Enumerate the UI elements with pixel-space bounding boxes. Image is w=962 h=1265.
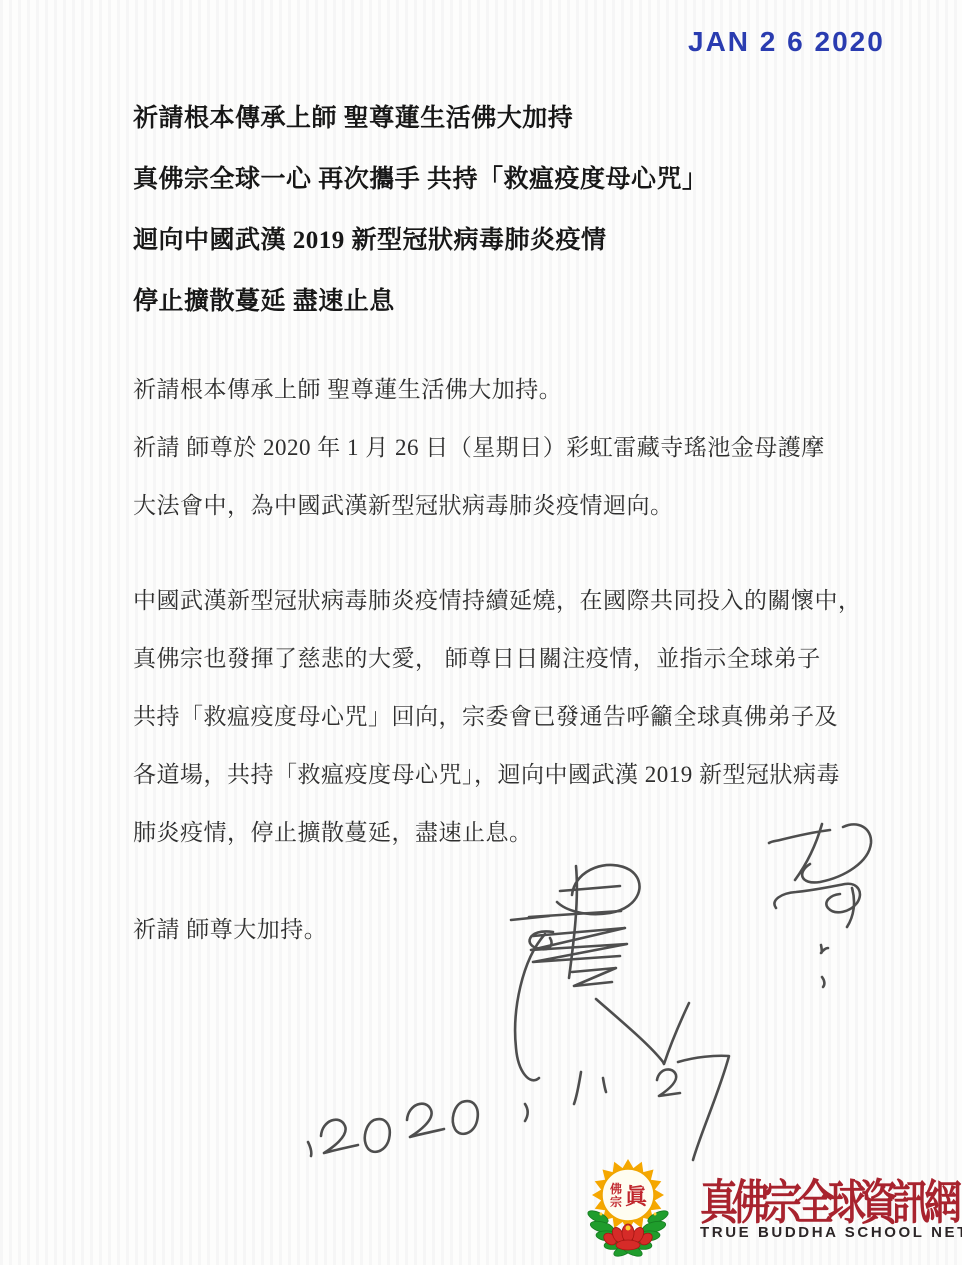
body-line: 各道場，共持「救瘟疫度母心咒」，迴向中國武漢 2019 新型冠狀病毒 (133, 763, 840, 786)
seal-char: 佛 (609, 1181, 622, 1196)
body-line: 共持「救瘟疫度母心咒」回向，宗委會已發通告呼籲全球真佛弟子及 (133, 705, 838, 728)
body-line: 大法會中，為中國武漢新型冠狀病毒肺炎疫情迴向。 (133, 494, 674, 517)
master-signature (511, 865, 689, 1080)
body-line: 真佛宗也發揮了慈悲的大愛， 師尊日日關注疫情，並指示全球弟子 (133, 647, 821, 670)
body-line: 祈請 師尊於 2020 年 1 月 26 日（星期日）彩虹雷藏寺瑤池金母護摩 (133, 436, 825, 459)
heading-line-1: 祈請根本傳承上師 聖尊蓮生活佛大加持 (133, 106, 573, 131)
true-buddha-school-net-logo: 佛 宗 眞 (568, 1152, 958, 1265)
secondary-signature (769, 824, 871, 987)
handwriting-overlay (290, 790, 890, 1190)
date-received-stamp: JAN 2 6 2020 (688, 26, 885, 58)
logo-title-english: TRUE BUDDHA SCHOOL NET (700, 1224, 962, 1241)
heading-line-3: 迴向中國武漢 2019 新型冠狀病毒肺炎疫情 (133, 228, 607, 253)
seal-char: 眞 (625, 1184, 648, 1209)
heading-line-4: 停止擴散蔓延 盡速止息 (133, 289, 395, 314)
scanned-letter-page: JAN 2 6 2020 祈請根本傳承上師 聖尊蓮生活佛大加持 真佛宗全球一心 … (0, 0, 962, 1265)
lotus-center (626, 1226, 631, 1231)
handwritten-date (308, 1056, 729, 1160)
body-line: 中國武漢新型冠狀病毒肺炎疫情持續延燒，在國際共同投入的關懷中， (133, 589, 862, 612)
logo-title-chinese: 真佛宗全球資訊網 (700, 1164, 956, 1233)
lotus-sun-emblem: 佛 宗 眞 (568, 1154, 690, 1265)
seal-char: 宗 (610, 1194, 622, 1209)
body-line: 祈請根本傳承上師 聖尊蓮生活佛大加持。 (133, 378, 562, 401)
heading-line-2: 真佛宗全球一心 再次攜手 共持「救瘟疫度母心咒」 (133, 167, 708, 192)
